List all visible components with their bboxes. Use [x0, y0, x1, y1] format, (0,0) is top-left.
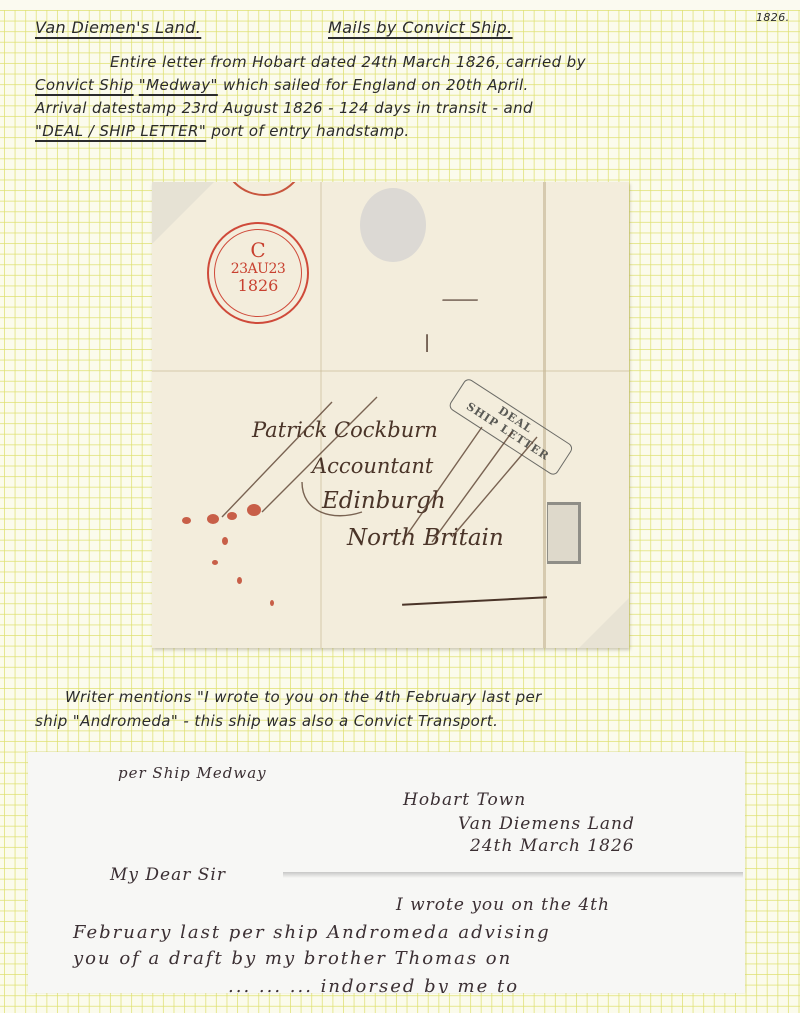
body-line-1: I wrote you on the 4th	[396, 895, 610, 915]
fold-shadow	[283, 872, 743, 878]
deal-ship-letter-label: "DEAL / SHIP LETTER"	[35, 122, 206, 140]
description-line-3: Arrival datestamp 23rd August 1826 - 124…	[35, 101, 533, 116]
red-ink-spot	[227, 512, 237, 520]
place-line-3: 24th March 1826	[470, 836, 635, 856]
convict-ship-label: Convict Ship	[35, 76, 134, 94]
body-line-4: ... ... ... indorsed by me to	[228, 976, 519, 993]
note-line-2: ship "Andromeda" - this ship was also a …	[35, 714, 498, 729]
red-ink-spot	[182, 517, 191, 524]
salutation: My Dear Sir	[110, 865, 226, 885]
red-ink-spot	[212, 560, 218, 565]
red-ink-spot	[207, 514, 219, 524]
letter-excerpt: per Ship Medway Hobart Town Van Diemens …	[28, 752, 745, 993]
description-line-4-rest: port of entry handstamp.	[211, 122, 409, 140]
red-ink-spot	[222, 537, 228, 545]
red-ink-spot	[237, 577, 242, 584]
description-line-4: "DEAL / SHIP LETTER" port of entry hands…	[35, 124, 410, 139]
year-tag: 1826.	[756, 12, 790, 23]
note-line-1: Writer mentions "I wrote to you on the 4…	[65, 690, 542, 705]
per-ship-note: per Ship Medway	[118, 764, 267, 782]
ship-name-medway: "Medway"	[139, 76, 218, 94]
country-heading: Van Diemen's Land.	[35, 20, 201, 36]
place-line-2: Van Diemens Land	[458, 814, 635, 834]
description-line-2-rest: which sailed for England on 20th April.	[223, 76, 529, 94]
red-ink-spot	[247, 504, 261, 516]
manuscript-rate-strokes	[152, 182, 629, 648]
description-line-2: Convict Ship "Medway" which sailed for E…	[35, 78, 529, 93]
description-line-1: Entire letter from Hobart dated 24th Mar…	[110, 55, 586, 70]
entire-letter-cover: C 23AU23 1826 ⸺ | DEAL SHIP LETTER Patri…	[152, 182, 629, 648]
red-ink-spot	[270, 600, 274, 606]
body-line-3: you of a draft by my brother Thomas on	[73, 948, 512, 969]
place-line-1: Hobart Town	[403, 790, 526, 810]
page-title: Mails by Convict Ship.	[328, 20, 513, 36]
body-line-2: February last per ship Andromeda advisin…	[73, 922, 551, 943]
